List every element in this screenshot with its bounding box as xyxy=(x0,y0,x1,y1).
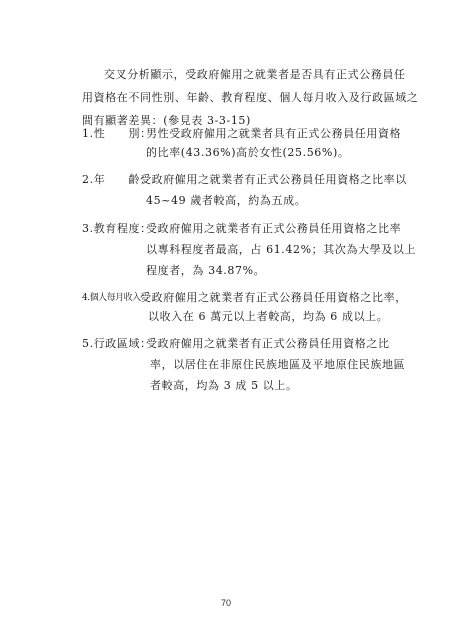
item-5-line-3: 者較高，均為 3 成 5 以上。 xyxy=(150,379,298,393)
item-3-line-3: 程度者，為 34.87%。 xyxy=(146,264,265,278)
item-5-line-2: 率，以居住在非原住民族地區及平地原住民族地區 xyxy=(150,358,405,372)
intro-line-2: 用資格在不同性別、年齡、教育程度、個人每月收入及行政區域之 xyxy=(82,91,418,105)
intro-line-3: 間有顯著差異：(參見表 3-3-15) xyxy=(82,114,251,128)
item-3-line-1: 受政府僱用之就業者有正式公務員任用資格之比率 xyxy=(146,222,401,236)
item-1-line-2: 的比率(43.36%)高於女性(25.56%)。 xyxy=(146,146,349,160)
page-number: 70 xyxy=(221,598,231,608)
item-4-line-2: 以收入在 6 萬元以上者較高，均為 6 成以上。 xyxy=(148,310,388,324)
item-1-label: 1.性 別： xyxy=(82,127,152,141)
item-4-line-1: 受政府僱用之就業者有正式公務員任用資格之比率， xyxy=(140,291,407,305)
item-5-line-1: 受政府僱用之就業者有正式公務員任用資格之比 xyxy=(146,337,390,351)
intro-line-1: 交叉分析顯示，受政府僱用之就業者是否具有正式公務員任 xyxy=(104,68,406,82)
document-page: 交叉分析顯示，受政府僱用之就業者是否具有正式公務員任 用資格在不同性別、年齡、教… xyxy=(0,0,452,640)
item-2-line-1: 受政府僱用之就業者有正式公務員任用資格之比率以 xyxy=(140,173,407,187)
item-2-line-2: 45~49 歲者較高，約為五成。 xyxy=(146,194,306,208)
item-1-line-1: 男性受政府僱用之就業者具有正式公務員任用資格 xyxy=(146,127,401,141)
item-3-line-2: 以專科程度者最高，占 61.42%；其次為大學及以上 xyxy=(146,243,416,257)
item-3-label: 3.教育程度： xyxy=(82,222,152,236)
item-5-label: 5.行政區域： xyxy=(82,337,152,351)
